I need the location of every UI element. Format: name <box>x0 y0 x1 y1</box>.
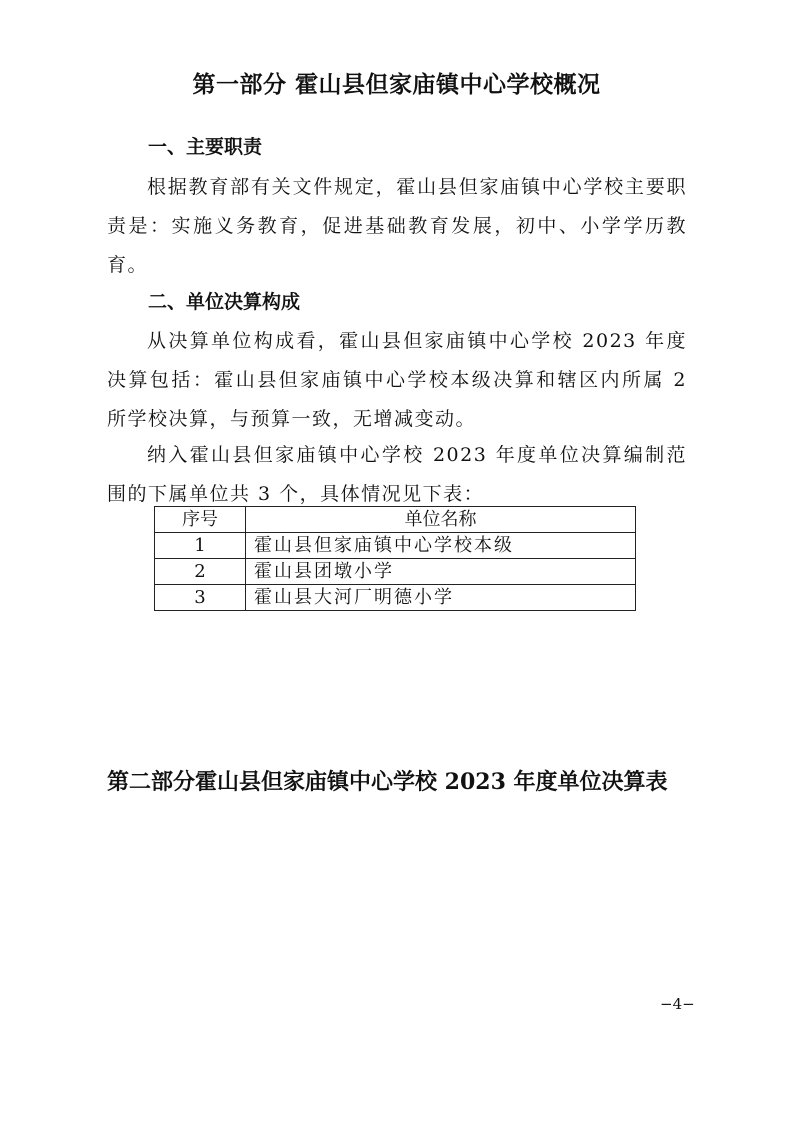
cell-index: 1 <box>155 533 246 559</box>
page-number: −4− <box>660 995 695 1013</box>
table-row: 1 霍山县但家庙镇中心学校本级 <box>155 533 636 559</box>
cell-unit-name: 霍山县但家庙镇中心学校本级 <box>246 533 636 559</box>
cell-unit-name: 霍山县大河厂明德小学 <box>246 585 636 611</box>
section2-paragraph-1: 从决算单位构成看，霍山县但家庙镇中心学校 2023 年度决算包括：霍山县但家庙镇… <box>107 322 687 439</box>
section1-paragraph: 根据教育部有关文件规定，霍山县但家庙镇中心学校主要职责是：实施义务教育，促进基础… <box>107 168 687 285</box>
cell-index: 3 <box>155 585 246 611</box>
section2-paragraph-2: 纳入霍山县但家庙镇中心学校 2023 年度单位决算编制范围的下属单位共 3 个，… <box>107 436 687 514</box>
section1-heading: 一、主要职责 <box>148 132 262 159</box>
table-header-row: 序号 单位名称 <box>155 507 636 533</box>
table-row: 2 霍山县团墩小学 <box>155 559 636 585</box>
table-row: 3 霍山县大河厂明德小学 <box>155 585 636 611</box>
section2-heading: 二、单位决算构成 <box>148 287 300 314</box>
part1-title: 第一部分 霍山县但家庙镇中心学校概况 <box>0 66 793 99</box>
header-index: 序号 <box>155 507 246 533</box>
part2-title: 第二部分霍山县但家庙镇中心学校 2023 年度单位决算表 <box>107 765 668 796</box>
cell-unit-name: 霍山县团墩小学 <box>246 559 636 585</box>
subordinate-units-table: 序号 单位名称 1 霍山县但家庙镇中心学校本级 2 霍山县团墩小学 3 霍山县大… <box>154 506 636 611</box>
cell-index: 2 <box>155 559 246 585</box>
header-unit-name: 单位名称 <box>246 507 636 533</box>
